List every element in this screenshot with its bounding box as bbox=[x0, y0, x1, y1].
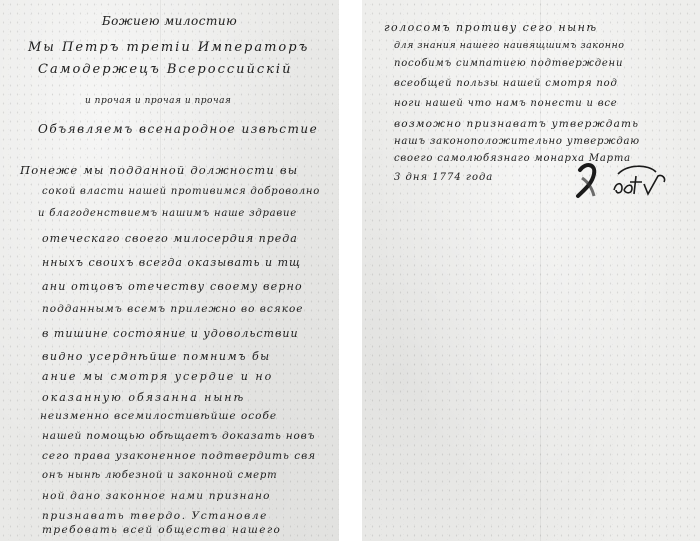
body-line: неизменно всемилостивѣйше особе bbox=[40, 410, 277, 422]
body-line: ной дано законное нами признано bbox=[42, 490, 271, 502]
body-line: пособимъ симпатиею подтверждени bbox=[394, 58, 623, 69]
body-line: нашей помощью обѣщаетъ доказать новъ bbox=[42, 430, 315, 442]
heading-line: Самодержецъ Всероссийскій bbox=[38, 62, 292, 77]
body-line: сокой власти нашей противимся доброволно bbox=[42, 186, 320, 197]
body-line: ноги нашей что намъ понести и все bbox=[394, 98, 617, 109]
body-line: отеческаго своего милосердия преда bbox=[42, 232, 298, 245]
heading-line: Мы Петръ третіи Императоръ bbox=[28, 40, 309, 55]
body-line: Понеже мы подданной должности вы bbox=[20, 163, 298, 177]
body-line: голосомъ противу сего нынѣ bbox=[384, 21, 598, 34]
body-line: подданнымъ всемъ прилежно во всякое bbox=[42, 303, 304, 315]
body-line: сего права узаконенное подтвердить свя bbox=[42, 450, 316, 462]
body-line: нныхъ своихъ всегда оказывать и тщ bbox=[42, 256, 301, 269]
body-line: для знания нашего наивящшимъ законно bbox=[394, 40, 624, 51]
body-line: оказанную обязанна нынѣ bbox=[42, 391, 245, 404]
body-line: онъ нынѣ любезной и законной смерт bbox=[42, 470, 277, 481]
heading-line: Божиею милостию bbox=[0, 14, 339, 28]
heading-line: и прочая и прочая и прочая bbox=[85, 96, 231, 106]
body-line: признавать твердо. Установле bbox=[42, 510, 268, 522]
heading-line: Объявляемъ всенародное извѣстие bbox=[38, 122, 318, 136]
body-line: видно усерднѣйше помнимъ бы bbox=[42, 350, 271, 363]
body-line: возможно признаватъ утверждать bbox=[394, 118, 639, 130]
body-line: и благоденствиемъ нашимъ наше здравие bbox=[38, 208, 297, 219]
signature bbox=[572, 160, 682, 205]
signature-mark-icon bbox=[572, 160, 682, 205]
body-line: нашъ законоположительно утверждаю bbox=[394, 136, 640, 147]
manuscript-left-page: Божиею милостию Мы Петръ третіи Императо… bbox=[0, 0, 339, 541]
body-line: ание мы смотря усердие и но bbox=[42, 370, 273, 383]
body-line: ани отцовъ отечеству своему верно bbox=[42, 280, 303, 293]
body-line: всеобщей пользы нашей смотря под bbox=[394, 78, 618, 89]
body-line: требовать всей общества нашего bbox=[42, 524, 281, 536]
manuscript-right-page: голосомъ противу сего нынѣ для знания на… bbox=[362, 0, 700, 541]
date-line: 3 дня 1774 года bbox=[394, 172, 493, 183]
body-line: в тишине состояние и удовольствии bbox=[42, 327, 299, 340]
